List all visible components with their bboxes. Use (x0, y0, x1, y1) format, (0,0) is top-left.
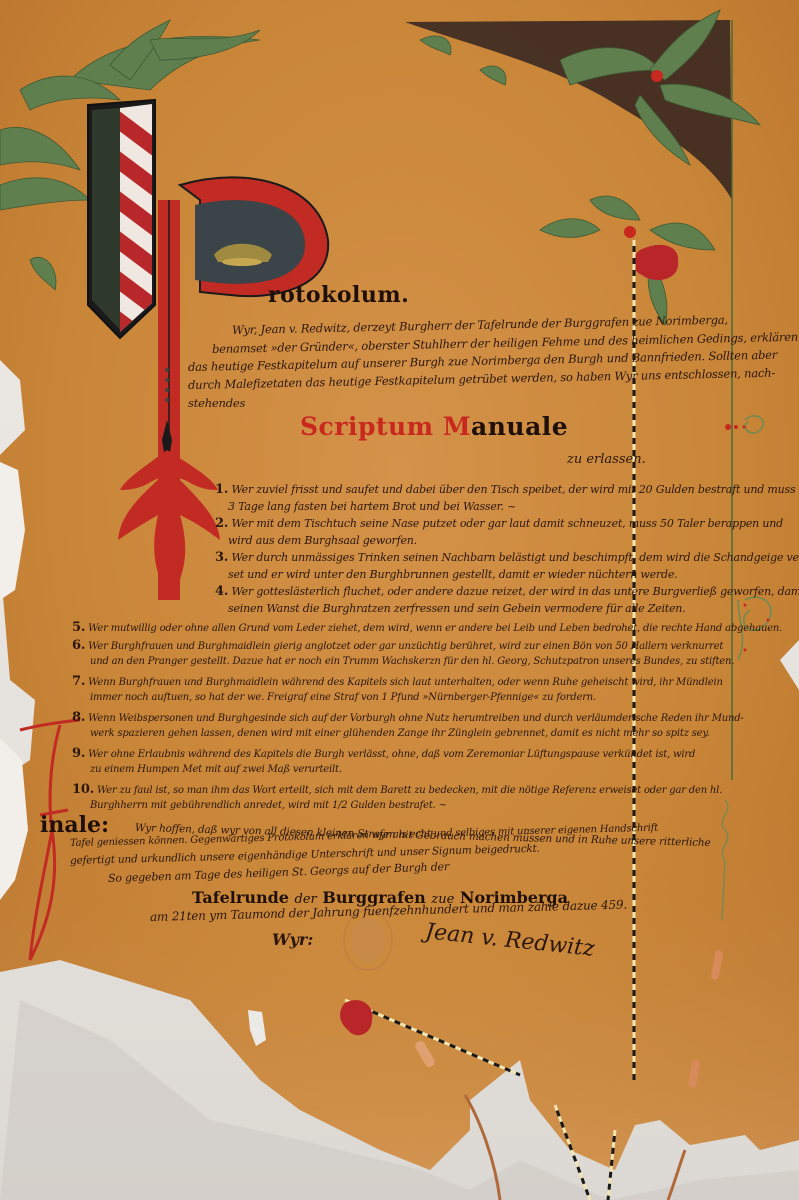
rule-8: 8. Wenn Weibspersonen und Burghgesinde s… (72, 710, 744, 725)
rule-3-cont: set und er wird unter den Burghbrunnen g… (228, 568, 677, 581)
rule-1-cont: 3 Tage lang fasten bei hartem Brot und b… (228, 500, 516, 513)
rule-3: 3. Wer durch unmässiges Trinken seinen N… (215, 550, 799, 565)
rule-4-cont: seinen Wanst die Burghratzen zerfressen … (228, 602, 685, 615)
rule-10: 10. Wer zu faul ist, so man ihm das Wort… (72, 782, 722, 797)
signature-label: Wyr: (272, 930, 313, 949)
rule-1: 1. Wer zuviel frisst und saufet und dabe… (215, 482, 795, 497)
rule-10-cont: Burghherrn mit gebührendlich anredet, wi… (90, 800, 447, 811)
rule-6-cont: und an den Pranger gestellt. Dazue hat e… (90, 656, 734, 667)
document-title: rotokolum. (268, 282, 409, 308)
rule-2-cont: wird aus dem Burghsaal geworfen. (228, 534, 417, 547)
heading-word-2: anuale (471, 412, 568, 441)
rule-9-cont: zu einem Humpen Met mit auf zwei Maß ver… (90, 764, 342, 775)
parchment-artwork (0, 0, 799, 1200)
rule-8-cont: werk spazieren gehen lassen, denen wird … (90, 728, 709, 739)
finale-heading: inale: (40, 812, 109, 838)
intro-line-5: stehendes (188, 396, 245, 410)
heading-word-1: Scriptum (300, 412, 434, 441)
rule-6: 6. Wer Burghfrauen und Burghmaidlein gie… (72, 638, 723, 653)
rule-7: 7. Wenn Burghfrauen und Burghmaidlein wä… (72, 674, 723, 689)
rule-7-cont: immer noch auftuen, so hat der we. Freig… (90, 692, 596, 703)
rule-9: 9. Wer ohne Erlaubnis während des Kapite… (72, 746, 695, 761)
heading-initial-m: M (443, 412, 471, 441)
rule-5: 5. Wer mutwillig oder ohne allen Grund v… (72, 620, 782, 635)
rule-2: 2. Wer mit dem Tischtuch seine Nase putz… (215, 516, 783, 531)
heading-suffix: zu erlassen. (567, 452, 646, 467)
scriptum-manuale-heading: Scriptum Manuale (300, 412, 568, 441)
rule-4: 4. Wer gotteslästerlich fluchet, oder an… (215, 584, 799, 599)
